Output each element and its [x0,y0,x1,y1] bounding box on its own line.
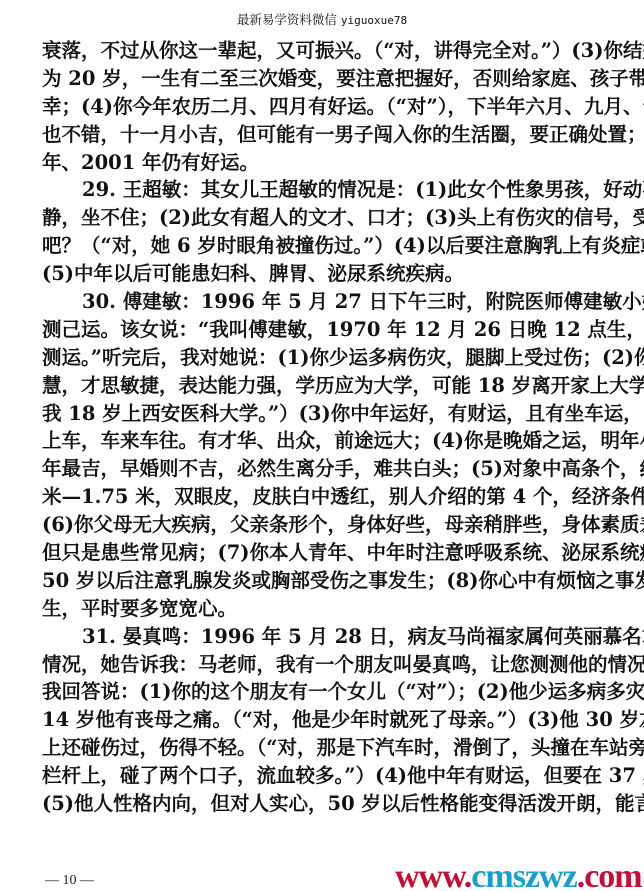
text-line: 年最吉，早婚则不吉，必然生离分手，难共白头；(5)对象中高条个，约 1.7 [42,455,628,483]
text-line: 静，坐不住；(2)此女有超人的文才、口才；(3)头上有伤灾的信号，受过伤 [42,204,628,232]
page-header: 最新易学资料微信yiguoxue78 [0,10,644,28]
text-line: 慧，才思敏捷，表达能力强，学历应为大学，可能 18 岁离开家上大学。（“对， [42,372,628,400]
page-body: 衰落，不过从你这一辈起，又可振兴。（“对，讲得完全对。”）(3)你结婚早，约 为… [42,37,628,818]
text-line: 也不错，十一月小吉，但可能有一男子闯入你的生活圈，要正确处置；(5)99 [42,121,628,149]
text-line: (5)中年以后可能患妇科、脾胃、泌尿系统疾病。 [42,260,628,288]
text-line: 衰落，不过从你这一辈起，又可振兴。（“对，讲得完全对。”）(3)你结婚早，约 [42,37,628,65]
watermark-domain: cmszwz [471,858,576,891]
text-line: 为 20 岁，一生有二至三次婚变，要注意把握好，否则给家庭、孩子带来不 [42,65,628,93]
text-line: 上车，车来车往。有才华、出众，前途远大；(4)你是晚婚之运，明年小吉，后 [42,427,628,455]
paragraph-29-start: 29. 王超敏：其女儿王超敏的情况是：(1)此女个性象男孩，好动不喜 [42,176,628,204]
text-line: 我 18 岁上西安医科大学。”）(3)你中年运好，有财运，且有坐车运，出门就 [42,400,628,428]
text-line: 吧？（“对，她 6 岁时眼角被撞伤过。”）(4)以后要注意胸乳上有炎症或受伤； [42,232,628,260]
text-line: 我回答说：(1)你的这个朋友有一个女儿（“对”）；(2)他少运多病多灾，约在 [42,678,628,706]
text-line: 上还碰伤过，伤得不轻。（“对，那是下汽车时，滑倒了，头撞在车站旁边的铁 [42,734,628,762]
watermark-suffix: .com [577,858,642,891]
text-line: 情况，她告诉我：马老师，我有一个朋友叫晏真鸣，让您测测他的情况。当即 [42,651,628,679]
paragraph-31-start: 31. 晏真鸣：1996 年 5 月 28 日，病友马尚福家属何英丽慕名求测朋友 [42,623,628,651]
text-line: 幸；(4)你今年农历二月、四月有好运。（“对”），下半年六月、九月、十二月运 [42,93,628,121]
header-title-cn: 最新易学资料微信 [237,12,337,27]
text-line: 栏杆上，碰了两个口子，流血较多。”）(4)他中年有财运，但要在 37 岁以后； [42,762,628,790]
text-line: 14 岁他有丧母之痛。（“对，他是少年时就死了母亲。”）(3)他 30 岁左右头 [42,706,628,734]
text-line: (6)你父母无大疾病，父亲条形个，身体好些，母亲稍胖些，身体素质差些， [42,511,628,539]
text-line: 米—1.75 米，双眼皮，皮肤白中透红，别人介绍的第 4 个，经济条件不错； [42,483,628,511]
text-line: 生，平时要多宽宽心。 [42,595,628,623]
text-line: 50 岁以后注意乳腺发炎或胸部受伤之事发生；(8)你心中有烦恼之事发 [42,567,628,595]
text-line: 年、2001 年仍有好运。 [42,149,628,177]
text-line: 测运。”听完后，我对她说：(1)你少运多病伤灾，腿脚上受过伤；(2)你人聪 [42,344,628,372]
page-number: — 10 — [45,873,94,889]
watermark: www.cmszwz.com [395,860,642,891]
paragraph-30-start: 30. 傅建敏：1996 年 5 月 27 日下午三时，附院医师傅建敏小姐慕名求 [42,288,628,316]
text-line: 但只是患些常见病；(7)你本人青年、中年时注意呼吸系统、泌尿系统疾病， [42,539,628,567]
header-title-en: yiguoxue78 [341,14,407,27]
text-line: (5)他人性格内向，但对人实心，50 岁以后性格能变得活泼开朗，能言善 [42,790,628,818]
text-line: 测己运。该女说：“我叫傅建敏，1970 年 12 月 26 日晚 12 点生，请… [42,316,628,344]
watermark-prefix: www. [395,858,471,891]
